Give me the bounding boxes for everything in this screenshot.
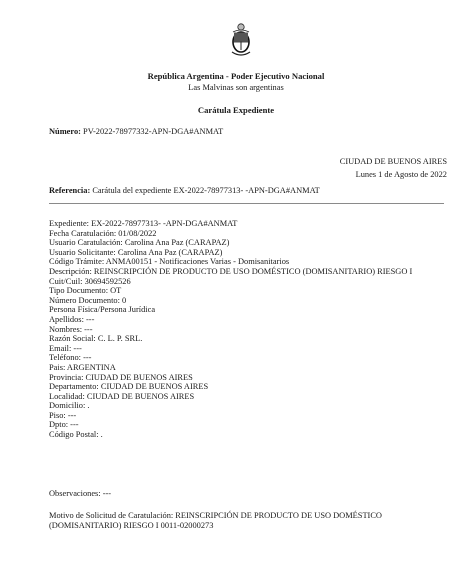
referencia: Referencia: Carátula del expediente EX-2… — [49, 186, 320, 195]
field-razon-social: Razón Social: C. L. P. SRL. — [49, 334, 412, 344]
field-list: Expediente: EX-2022-78977313- -APN-DGA#A… — [49, 219, 412, 440]
date: Lunes 1 de Agosto de 2022 — [340, 168, 447, 181]
field-persona: Persona Física/Persona Jurídica — [49, 305, 412, 315]
observaciones: Observaciones: --- — [49, 489, 111, 498]
argentina-coat-of-arms-icon — [228, 22, 254, 58]
field-usuario-caratulacion: Usuario Caratulación: Carolina Ana Paz (… — [49, 238, 412, 248]
divider — [49, 203, 444, 204]
document-title: Carátula Expediente — [0, 105, 472, 115]
field-cuit: Cuit/Cuil: 30694592526 — [49, 277, 412, 287]
field-expediente: Expediente: EX-2022-78977313- -APN-DGA#A… — [49, 219, 412, 229]
field-apellidos: Apellidos: --- — [49, 315, 412, 325]
numero-value: PV-2022-78977332-APN-DGA#ANMAT — [83, 127, 223, 136]
document-number: Número: PV-2022-78977332-APN-DGA#ANMAT — [49, 127, 223, 136]
city: CIUDAD DE BUENOS AIRES — [340, 155, 447, 168]
field-telefono: Teléfono: --- — [49, 353, 412, 363]
field-dpto: Dpto: --- — [49, 420, 412, 430]
motto: Las Malvinas son argentinas — [0, 83, 472, 92]
field-piso: Piso: --- — [49, 411, 412, 421]
field-nombres: Nombres: --- — [49, 325, 412, 335]
field-email: Email: --- — [49, 344, 412, 354]
field-descripcion: Descripción: REINSCRIPCIÓN DE PRODUCTO D… — [49, 267, 412, 277]
numero-label: Número: — [49, 127, 81, 136]
referencia-label: Referencia: — [49, 186, 90, 195]
field-domicilio: Domicilio: . — [49, 401, 412, 411]
place-date: CIUDAD DE BUENOS AIRES Lunes 1 de Agosto… — [340, 155, 447, 181]
referencia-value: Carátula del expediente EX-2022-78977313… — [92, 186, 319, 195]
field-codigo-tramite: Código Trámite: ANMA00151 - Notificacion… — [49, 257, 412, 267]
motivo-solicitud: Motivo de Solicitud de Caratulación: REI… — [49, 511, 429, 531]
field-pais: Pais: ARGENTINA — [49, 363, 412, 373]
field-fecha-caratulacion: Fecha Caratulación: 01/08/2022 — [49, 229, 412, 239]
field-provincia: Provincia: CIUDAD DE BUENOS AIRES — [49, 373, 412, 383]
institution-header: República Argentina - Poder Ejecutivo Na… — [0, 71, 472, 81]
field-localidad: Localidad: CIUDAD DE BUENOS AIRES — [49, 392, 412, 402]
field-departamento: Departamento: CIUDAD DE BUENOS AIRES — [49, 382, 412, 392]
field-numero-documento: Número Documento: 0 — [49, 296, 412, 306]
field-tipo-documento: Tipo Documento: OT — [49, 286, 412, 296]
field-codigo-postal: Código Postal: . — [49, 430, 412, 440]
field-usuario-solicitante: Usuario Solicitante: Carolina Ana Paz (C… — [49, 248, 412, 258]
